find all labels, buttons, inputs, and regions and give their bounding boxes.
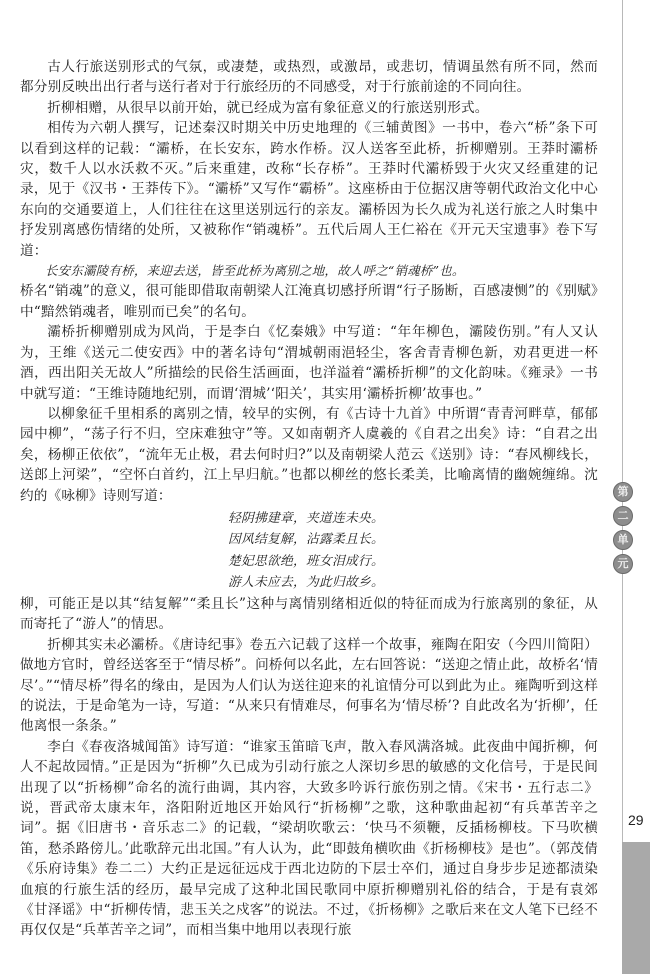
poem-line: 游人未应去，为此归故乡。 xyxy=(228,572,598,594)
book-page: 古人行旅送别形式的气氛，或凄楚，或热烈，或激昂，或悲切，情调虽然有所不同，然而都… xyxy=(0,0,650,974)
poem-line: 因风结复解，沾露柔且长。 xyxy=(228,529,598,551)
paragraph: 折柳其实未必灞桥。《唐诗纪事》卷五六记载了这样一个故事，雍陶在阳安（今四川简阳）… xyxy=(20,635,598,737)
poem-line: 轻阴拂建章，夹道连未央。 xyxy=(228,508,598,530)
paragraph: 相传为六朝人撰写，记述秦汉时期关中历史地理的《三辅黄图》一书中，卷六“桥”条下可… xyxy=(20,118,598,261)
unit-badge: 第 xyxy=(613,482,633,502)
edge-tab-block xyxy=(622,842,650,974)
page-number: 29 xyxy=(628,812,644,828)
paragraph: 桥名“销魂”的意义，很可能即借取南朝梁人江淹真切感抒所谓“行子肠断，百感凄恻”的… xyxy=(20,281,598,322)
unit-badge: 元 xyxy=(613,554,633,574)
paragraph: 李白《春夜洛城闻笛》诗写道：“谁家玉笛暗飞声，散入春风满洛城。此夜曲中闻折柳，何… xyxy=(20,737,598,941)
poem: 轻阴拂建章，夹道连未央。 因风结复解，沾露柔且长。 楚妃思欲绝，班女泪成行。 游… xyxy=(20,508,598,594)
unit-badge: 二 xyxy=(613,506,633,526)
body-text: 古人行旅送别形式的气氛，或凄楚，或热烈，或激昂，或悲切，情调虽然有所不同，然而都… xyxy=(20,57,598,941)
poem-line: 楚妃思欲绝，班女泪成行。 xyxy=(228,551,598,573)
paragraph: 折柳相赠，从很早以前开始，就已经成为富有象征意义的行旅送别形式。 xyxy=(20,98,598,118)
paragraph: 以柳象征千里相系的离别之情，较早的实例，有《古诗十九首》中所谓“青青河畔草，郁郁… xyxy=(20,404,598,506)
unit-tab: 第 二 单 元 xyxy=(613,482,633,578)
block-quote: 长安东灞陵有桥，来迎去送，皆至此桥为离别之地，故人呼之“销魂桥”也。 xyxy=(20,261,598,281)
unit-badge: 单 xyxy=(613,530,633,550)
paragraph: 古人行旅送别形式的气氛，或凄楚，或热烈，或激昂，或悲切，情调虽然有所不同，然而都… xyxy=(20,57,598,98)
margin-rule xyxy=(622,0,623,842)
paragraph: 柳，可能正是以其“结复解”“柔且长”这种与离情别绪相近似的特征而成为行旅离别的象… xyxy=(20,594,598,635)
paragraph: 灞桥折柳赠别成为风尚，于是李白《忆秦娥》中写道：“年年柳色，灞陵伤别。”有人又认… xyxy=(20,322,598,404)
